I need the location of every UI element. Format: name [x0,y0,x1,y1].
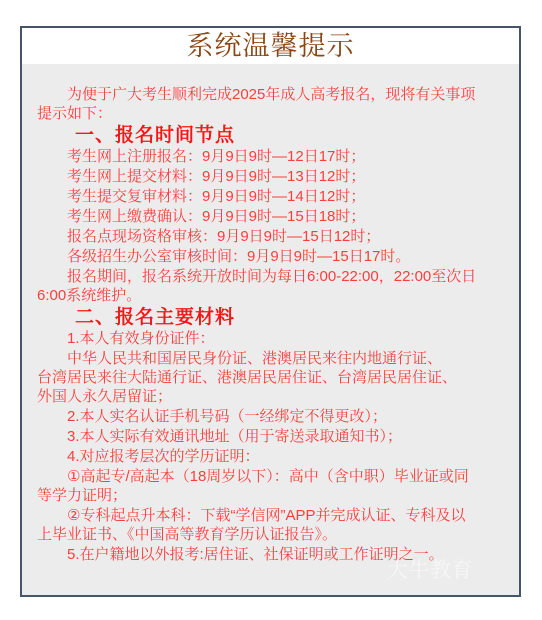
section-heading: 二、报名主要材料 [37,307,505,328]
notice-paragraph: ①高起专/高起本（18周岁以下）：高中（含中职）毕业证或同 等学力证明； [37,467,505,505]
notice-paragraph: 考生提交复审材料：9月9日9时—14日12时； [37,187,505,206]
notice-paragraph: 中华人民共和国居民身份证、港澳居民来往内地通行证、 台湾居民来往大陆通行证、港澳… [37,349,505,406]
notice-content: 为便于广大考生顺利完成2025年成人高考报名，现将有关事项 提示如下：一、报名时… [37,85,505,564]
notice-paragraph: ②专科起点升本科：下载“学信网”APP并完成认证、专科及以 上毕业证书、《中国高… [37,506,505,544]
notice-paragraph: 考生网上注册报名：9月9日9时—12日17时； [37,147,505,166]
notice-paragraph: 报名期间，报名系统开放时间为每日6:00-22:00，22:00至次日 6:00… [37,267,505,305]
notice-paragraph: 考生网上提交材料：9月9日9时—13日12时； [37,167,505,186]
notice-paragraph: 4.对应报考层次的学历证明： [37,447,505,466]
section-heading: 一、报名时间节点 [37,125,505,146]
dialog-body: 为便于广大考生顺利完成2025年成人高考报名，现将有关事项 提示如下：一、报名时… [22,64,519,595]
system-notice-dialog: 系统温馨提示 为便于广大考生顺利完成2025年成人高考报名，现将有关事项 提示如… [20,26,521,597]
notice-paragraph: 考生网上缴费确认：9月9日9时—15日18时； [37,207,505,226]
notice-paragraph: 2.本人实名认证手机号码（一经绑定不得更改）； [37,407,505,426]
dialog-title-bar: 系统温馨提示 [22,28,519,64]
notice-paragraph: 报名点现场资格审核：9月9日9时—15日12时； [37,227,505,246]
notice-paragraph: 5.在户籍地以外报考:居住证、社保证明或工作证明之一。 [37,545,505,564]
notice-paragraph: 为便于广大考生顺利完成2025年成人高考报名，现将有关事项 提示如下： [37,85,505,123]
notice-paragraph: 各级招生办公室审核时间：9月9日9时—15日17时。 [37,247,505,266]
dialog-title: 系统温馨提示 [187,33,355,60]
notice-paragraph: 1.本人有效身份证件： [37,329,505,348]
notice-paragraph: 3.本人实际有效通讯地址（用于寄送录取通知书）； [37,427,505,446]
